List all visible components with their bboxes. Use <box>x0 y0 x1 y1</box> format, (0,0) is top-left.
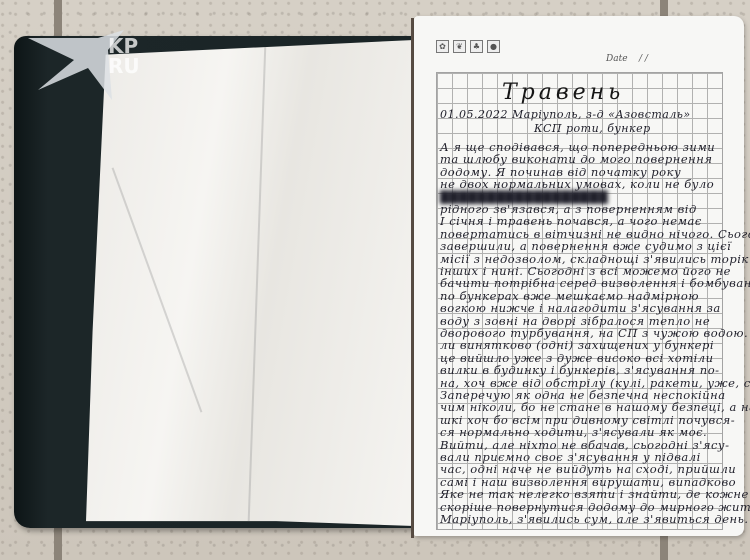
flower-icon: ✿ <box>436 40 449 53</box>
star-swallow-logo-icon <box>28 30 168 100</box>
handwritten-line: Маріуполь, з'явились сум, але з'явиться … <box>440 512 749 526</box>
date-label: Date / / <box>606 54 648 64</box>
watermark-text: KP RU <box>108 36 140 76</box>
page-crease <box>112 167 203 412</box>
circle-icon: ● <box>487 40 500 53</box>
page-title-month: Травень <box>502 80 624 105</box>
page-crease <box>248 40 267 526</box>
leaf-icon: ❦ <box>453 40 466 53</box>
left-page-crumpled <box>86 40 414 526</box>
header-line: 01.05.2022 Маріуполь, з-д «Азовсталь» <box>440 108 691 121</box>
page-corner-icons: ✿ ❦ ♣ ● <box>436 40 500 53</box>
right-page-handwritten: ✿ ❦ ♣ ● Date / / Травень 01.05.2022 Марі… <box>414 16 744 536</box>
tree-icon: ♣ <box>470 40 483 53</box>
header-line: КСП роти, бункер <box>534 122 651 135</box>
